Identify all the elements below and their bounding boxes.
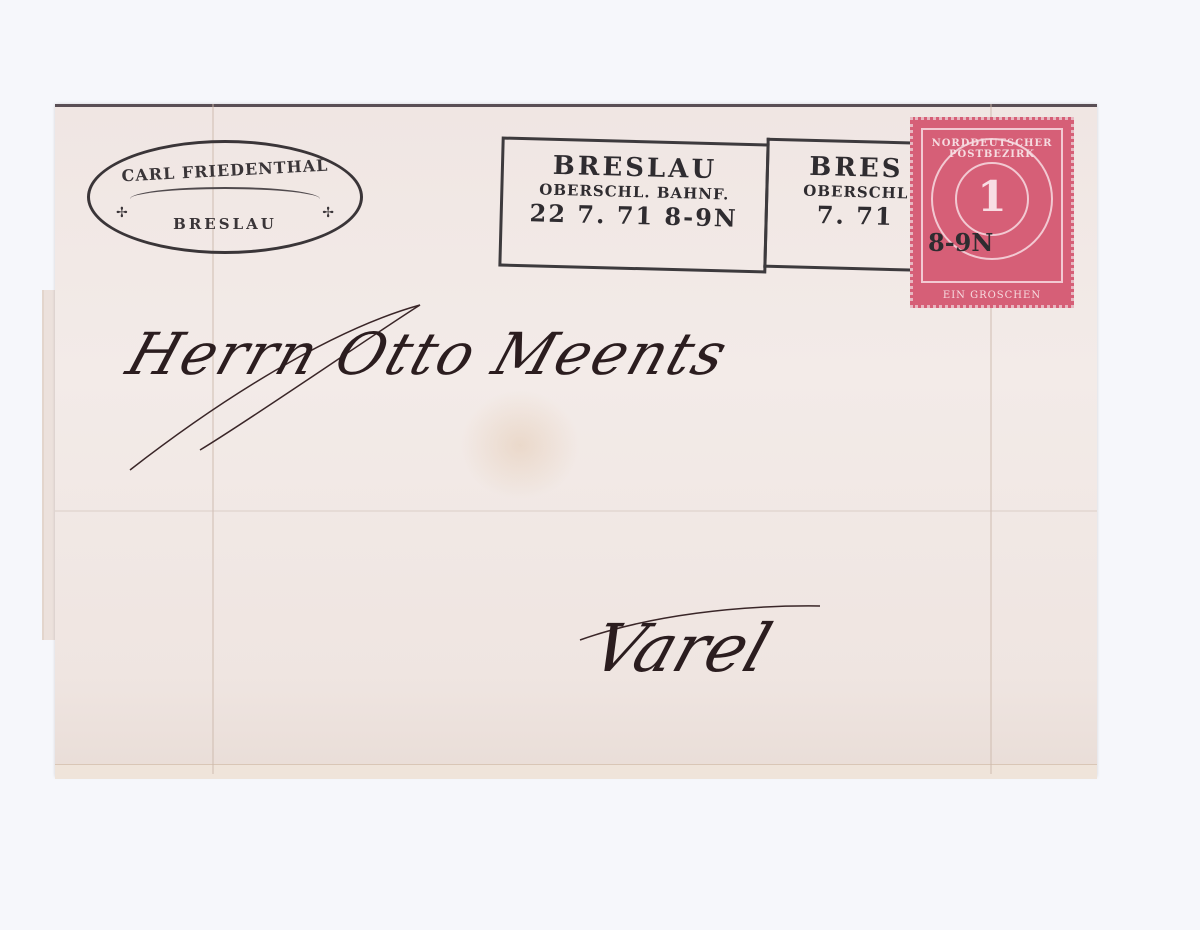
destination-city: Varel xyxy=(582,610,780,687)
handwriting-flourishes xyxy=(0,0,1200,930)
addressee-line: Herrn Otto Meents xyxy=(119,320,737,388)
